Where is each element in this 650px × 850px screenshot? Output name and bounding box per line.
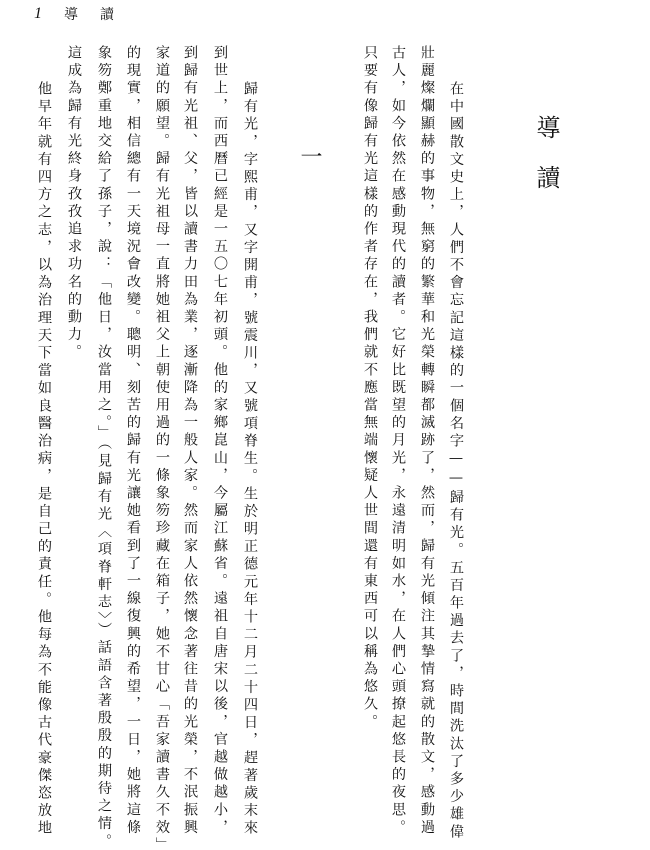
page-title: 導讀 (533, 115, 559, 215)
running-head-label: 導讀 (64, 4, 136, 24)
text-column: 只要有像歸有光這樣的作者存在，我們就不應當無端懷疑人世間還有東西可以稱為悠久。 (360, 45, 380, 731)
text-column: 家道的願望。歸有光祖母一直將她祖父上朝使用過的一條象笏珍藏在箱子，她不甘心「吾家… (152, 45, 172, 850)
text-column: 這成為歸有光終身孜孜追求功名的動力。 (64, 45, 84, 362)
text-column: 歸有光，字熙甫，又字開甫，號震川，又號項脊生。生於明正德元年十二月二十四日，趕著… (240, 81, 260, 838)
page-number: 1 (34, 5, 42, 23)
text-column: 到歸有光祖、父，皆以讀書力田為業，逐漸降為一般人家。然而家人依然懷念著往昔的光榮… (180, 45, 200, 837)
text-column: 壯麗燦爛顯赫的事物，無窮的繁華和光榮轉瞬都滅跡了，然而，歸有光傾注其摯情寫就的散… (417, 45, 437, 837)
running-head: 1 導讀 (34, 4, 136, 24)
text-column: 古人，如今依然在感動現代的讀者。它好比既望的月光，永遠清明如水，在人們心頭撩起悠… (388, 45, 408, 837)
text-column: 在中國散文史上，人們不會忘記這樣的一個名字——歸有光。五百年過去了，時間洗汰了多… (446, 81, 466, 841)
text-column: 象笏鄭重地交給了孫子，說：「他日，汝當用之。」（見歸有光〈項脊軒志〉）話語含著殷… (94, 45, 114, 850)
text-column: 到世上，而西曆已經是一五〇七年初頭。他的家鄉崑山，今屬江蘇省。遠祖自唐宋以後，官… (210, 45, 230, 837)
text-column: 他早年就有四方之志，以為治理天下當如良醫治病，是自己的責任。他每為不能像古代豪傑… (34, 81, 54, 838)
text-column: 的現實，相信總有一天境況會改變。聰明、刻苦的歸有光讓她看到了一線復興的希望，一日… (123, 45, 143, 837)
section-number: 一 (297, 145, 321, 167)
